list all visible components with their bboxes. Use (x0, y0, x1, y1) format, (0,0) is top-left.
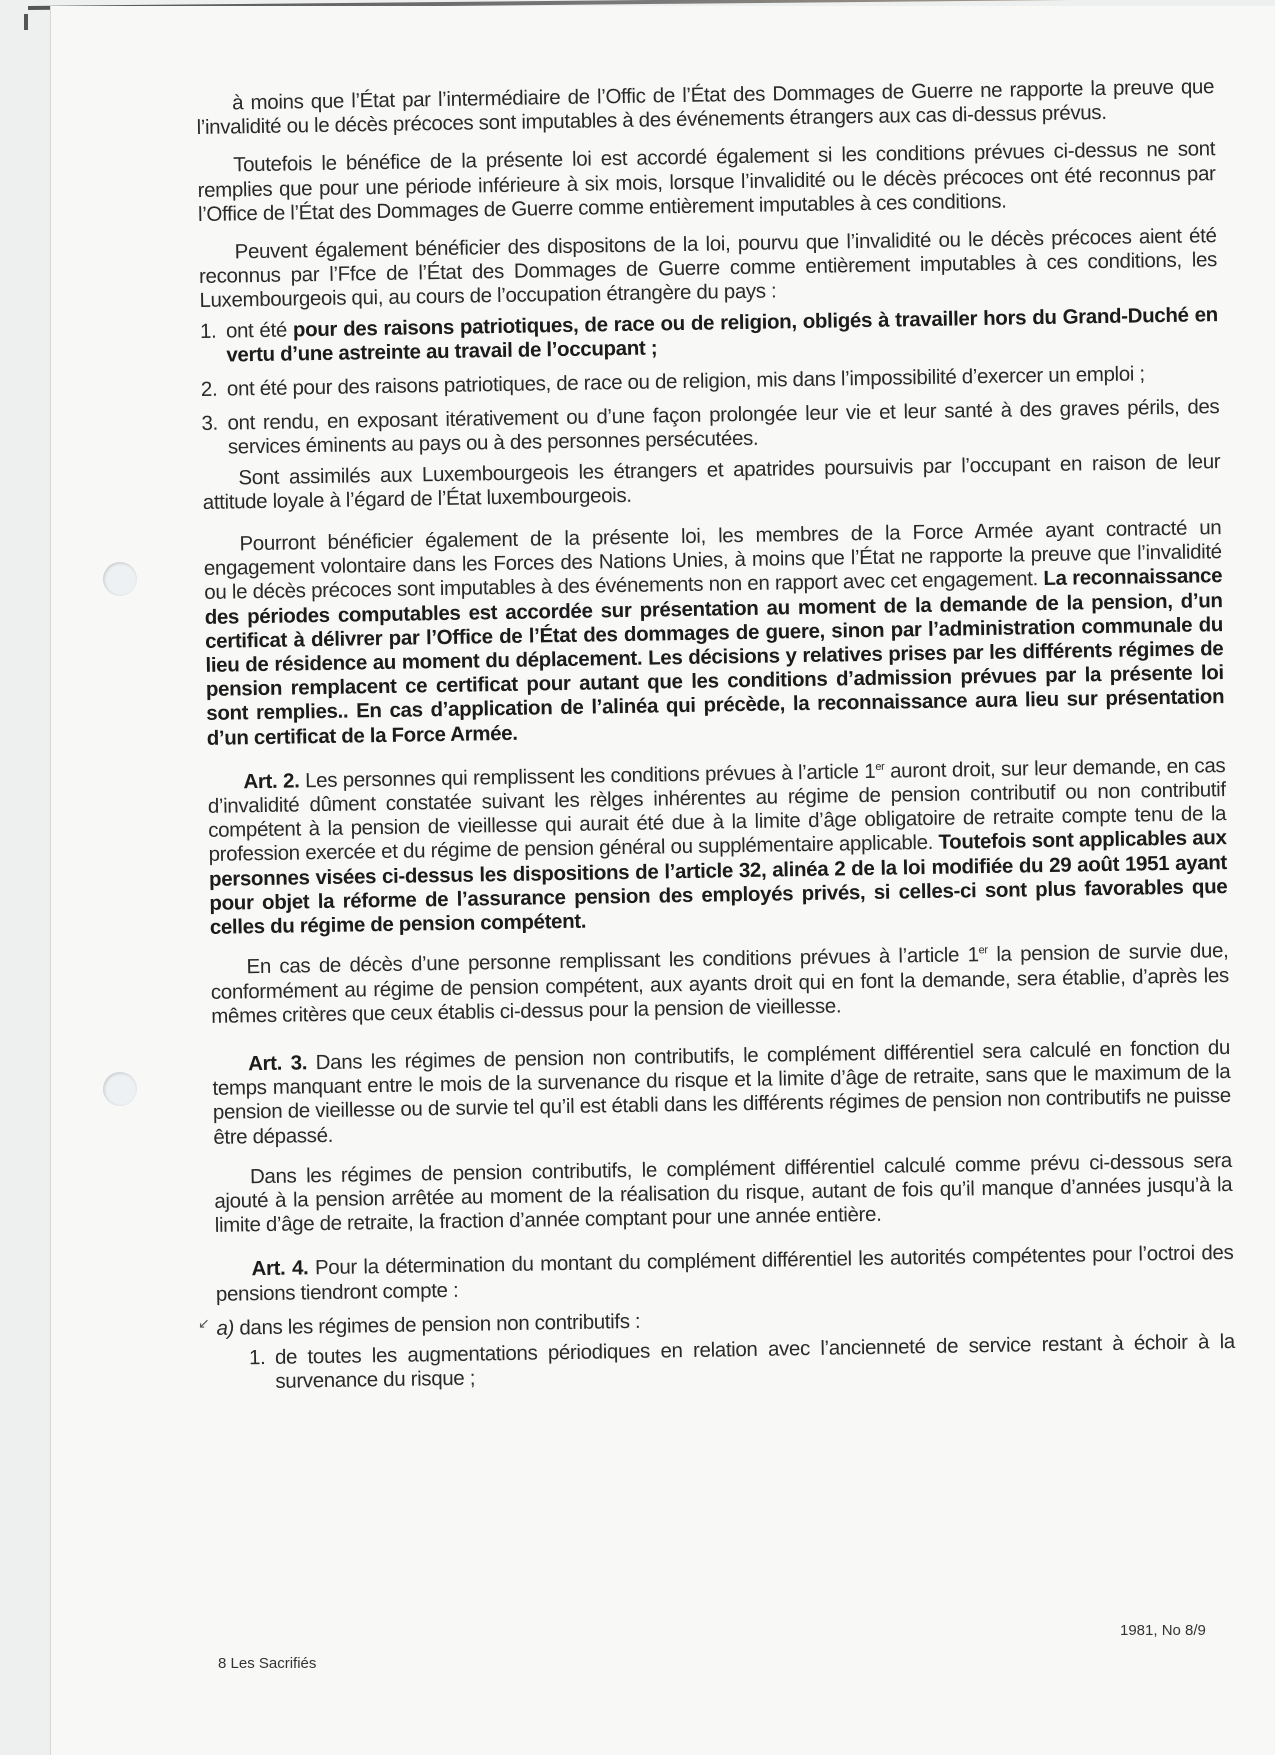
punch-hole-top (103, 562, 137, 596)
list-number: 1. (249, 1346, 276, 1395)
condition-list: 1. ont été pour des raisons patriotiques… (200, 303, 1220, 461)
paragraph-force-armee: Pourront bénéficier également de la prés… (203, 516, 1224, 751)
article-label: Art. 2. (243, 769, 299, 793)
list-number: 2. (201, 378, 227, 403)
list-number: 1. (200, 319, 227, 368)
list-number: 3. (201, 412, 228, 461)
article-label: Art. 4. (251, 1257, 308, 1281)
paragraph-peuvent: Peuvent également bénéficier des disposi… (198, 224, 1217, 313)
subsection-text: dans les régimes de pension non contribu… (234, 1310, 641, 1340)
superscript: er (875, 761, 884, 773)
punch-hole-bottom (103, 1072, 137, 1106)
document-body: à moins que l’État par l’intermédiaire d… (196, 75, 1235, 1395)
article-3: Art. 3. Dans les régimes de pension non … (212, 1036, 1231, 1150)
list-text: ont rendu, en exposant itérativement ou … (227, 395, 1220, 460)
paragraph-contributifs: Dans les régimes de pension contributifs… (214, 1149, 1233, 1238)
article-2: Art. 2. Les personnes qui remplissent le… (207, 754, 1228, 940)
issue-number: 1981, No 8/9 (1120, 1622, 1206, 1639)
list-text: ont été (226, 318, 293, 342)
page-footer: 8 Les Sacrifiés (218, 1655, 316, 1672)
article-text: Pour la détermination du montant du comp… (216, 1241, 1234, 1305)
list-text-bold: pour des raisons patriotiques, de race o… (226, 303, 1218, 367)
article-text: Dans les régimes de pension non contribu… (212, 1036, 1231, 1148)
scan-edge-mark (24, 14, 28, 30)
paragraph-toutefois: Toutefois le bénéfice de la présente loi… (197, 138, 1216, 227)
subsection-label: a) (216, 1316, 234, 1339)
margin-mark-icon: ↙ (198, 1315, 210, 1332)
paragraph-deces: En cas de décès d’une personne remplissa… (210, 939, 1229, 1028)
paragraph-assimiles: Sont assimilés aux Luxembourgeois les ét… (202, 450, 1221, 515)
article-4: Art. 4. Pour la détermination du montant… (215, 1241, 1234, 1306)
list-item: 2. ont été pour des raisons patriotiques… (201, 361, 1219, 402)
list-item: 3. ont rendu, en exposant itérativement … (201, 395, 1220, 460)
list-text: ont été pour des raisons patriotiques, d… (227, 361, 1219, 402)
article-label: Art. 3. (248, 1051, 307, 1075)
list-item: 1. ont été pour des raisons patriotiques… (200, 303, 1219, 368)
